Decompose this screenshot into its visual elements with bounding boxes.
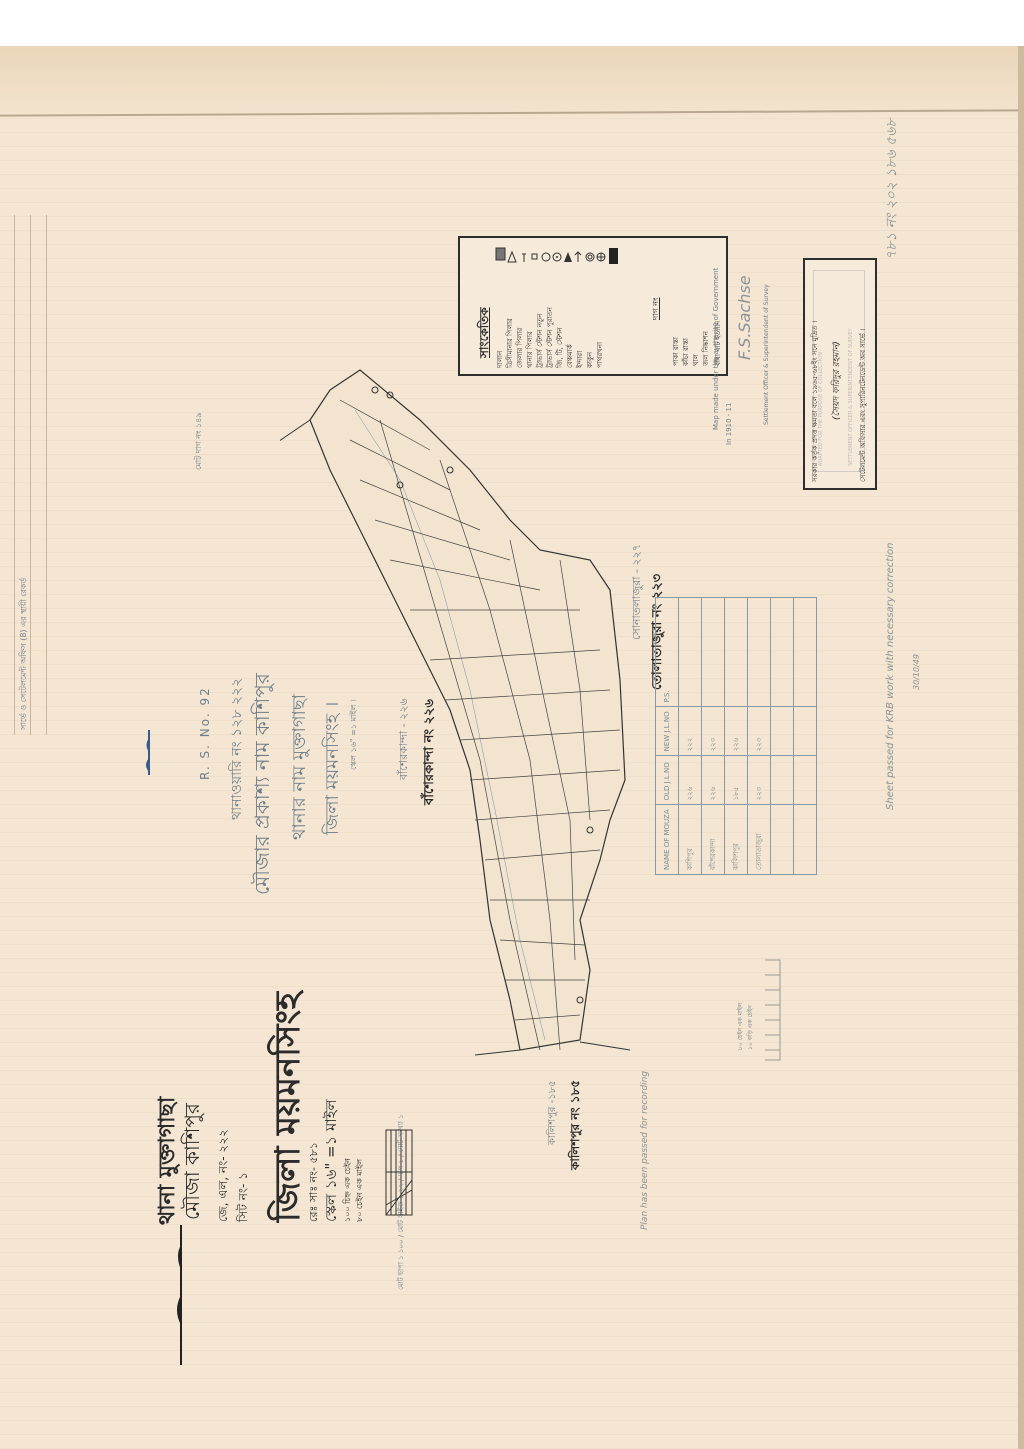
cell: [794, 598, 817, 707]
cell: ২২৬: [702, 756, 725, 805]
table-header-row: NAME OF MOUZA OLD J.L.NO NEW J.L.NO P.S.: [656, 598, 679, 875]
small-square-icon: [532, 254, 537, 259]
margin-rule: [46, 215, 47, 735]
cell: [748, 598, 771, 707]
black-rect-icon: [609, 248, 618, 264]
triangle-icon: [508, 252, 516, 262]
top-right-pencil-note: ৭৮১ নং ২০২ ১৮৬ ৫৬৮: [880, 119, 904, 260]
stamp-signature: (সৈয়দ ফরিদুর রহমান): [829, 341, 844, 420]
cell: বাঁশেরকান্দা: [702, 805, 725, 875]
cell: ২২৬: [725, 707, 748, 756]
sheet-right-edge: [1018, 46, 1024, 1449]
table-row: তোলাতাজুরা২২৩২২৩: [748, 598, 771, 875]
cell: তোলাতাজুরা: [748, 805, 771, 875]
filled-triangle-icon: [564, 252, 572, 262]
hatched-square-icon: [496, 248, 505, 260]
scale-sub-2: ৮০ চেইন এক মাইল: [354, 1159, 367, 1222]
rs-number: R. S. No. 92: [198, 686, 212, 780]
t-mark-icon: [522, 254, 526, 262]
cell: [702, 598, 725, 707]
header-cell: P.S.: [656, 598, 679, 707]
double-circle-icon: [588, 255, 592, 259]
faded-stamp-text-2: SETTLEMENT OFFICER & SUPERINTENDENT OF S…: [848, 328, 854, 466]
cell: [771, 598, 794, 707]
scale-bar-right: [760, 955, 785, 1065]
stamp-line-2: সেটেলমেন্ট অফিসার এবং সুপারিনটেনডেন্ট অব…: [857, 328, 869, 482]
table-row: [771, 598, 794, 875]
legend-item: পাথরখনা: [594, 342, 606, 368]
legend-symbols: [494, 242, 624, 272]
area-row: জল নিষ্কাশন: [700, 331, 712, 366]
table-row: কালিশপুর১৮৫২২৬: [725, 598, 748, 875]
cell: [794, 756, 817, 805]
left-margin-column-text: সার্ভে ও সেটেলমেন্ট অফিস (8) এর স্থায়ী …: [18, 578, 31, 730]
total-plot-note: মোট দাগ নং ১৪৯: [193, 412, 206, 470]
south-neighbor-handwritten: কালিশপুর -১৮৫: [545, 1080, 562, 1145]
mountain-flourish-icon: [175, 1225, 187, 1365]
right-pencil-date: 30/10/49: [912, 654, 921, 690]
legend-box: সাংকেতিক দালান ত্রিসীমানার পিলার জেলার প…: [458, 236, 728, 376]
cell: [771, 805, 794, 875]
sheet-top-edge: [0, 46, 1024, 116]
margin-rule: [14, 215, 15, 735]
header-cell: NEW J.L.NO: [656, 707, 679, 756]
right-scale-label-1: ১০ কড়ি এক চেইন: [745, 1005, 756, 1050]
table-row: বাঁশেরকান্দা২২৬২২৩: [702, 598, 725, 875]
header-cell: NAME OF MOUZA: [656, 805, 679, 875]
cell: কালিশপুর: [725, 805, 748, 875]
sheet-no-label: সিট নং- ১: [235, 1172, 255, 1222]
plot-header: দাগ নং: [650, 297, 663, 320]
cell: ১৮৫: [725, 756, 748, 805]
cell: ২২৩: [748, 756, 771, 805]
cell: ২২২: [679, 707, 702, 756]
cell: [794, 805, 817, 875]
cell: [794, 707, 817, 756]
cell: [725, 598, 748, 707]
cell: ২২৬: [679, 756, 702, 805]
south-neighbor-printed: কালিশপুর নং ১৮৫: [567, 1080, 587, 1170]
right-scale-label-2: ৮০ চেইন এক মাইল: [735, 1003, 746, 1050]
cell: ২২৩: [748, 707, 771, 756]
mountain-small-icon: [124, 750, 164, 762]
thana-number-line: থানাওয়ারি নং ১২৮ ২২২: [225, 678, 249, 820]
credit-year: In 1910 - 11: [725, 403, 733, 445]
mouza-name-line: মৌজার প্রকাশ্য নাম কাশিপুর: [248, 673, 281, 895]
jl-no-label: জে, এল, নং- ২২২: [215, 1129, 235, 1222]
arrow-icon: [575, 252, 581, 262]
bottom-left-pencil-note: Plan has been passed for recording: [640, 1071, 650, 1230]
cell: কাশিপুর: [679, 805, 702, 875]
mouza-table-container: NAME OF MOUZA OLD J.L.NO NEW J.L.NO P.S.…: [655, 575, 745, 875]
credit-line-3: Settlement Officer & Superintendent of S…: [763, 284, 770, 425]
credit-signature: F.S.Sachse: [735, 275, 754, 360]
cell: [771, 756, 794, 805]
mouza-parcel-map: [280, 360, 640, 1080]
header-cell: OLD J.L.NO: [656, 756, 679, 805]
table-row: কাশিপুর২২৬২২২: [679, 598, 702, 875]
printing-authority-box: ADAPTED FOR THE PURPOSE OF COLLECTION SE…: [803, 258, 877, 490]
circle-dot-icon: [556, 256, 558, 258]
right-pencil-note: Sheet passed for KRB work with necessary…: [885, 543, 896, 810]
bottom-left-note-list: মোট ছাপা ১ ১০০ / মোট সাইজ ১ ২২ / মাপ ১ /…: [395, 1114, 407, 1290]
cell: [771, 707, 794, 756]
table-row: [794, 598, 817, 875]
legend-title: সাংকেতিক: [476, 307, 496, 358]
stamp-line-1: সরকার কর্তৃক প্রদত্ত ক্ষমতা বলে ১৯৬৫-৬৮ই…: [809, 321, 821, 482]
mouza-table: NAME OF MOUZA OLD J.L.NO NEW J.L.NO P.S.…: [655, 597, 817, 875]
cell: [679, 598, 702, 707]
credit-line-1: Map made under the authority of Governme…: [712, 268, 720, 430]
mouza-label: মৌজা কাশিপুর: [178, 1103, 211, 1220]
circle-icon: [542, 253, 550, 261]
cell: ২২৩: [702, 707, 725, 756]
